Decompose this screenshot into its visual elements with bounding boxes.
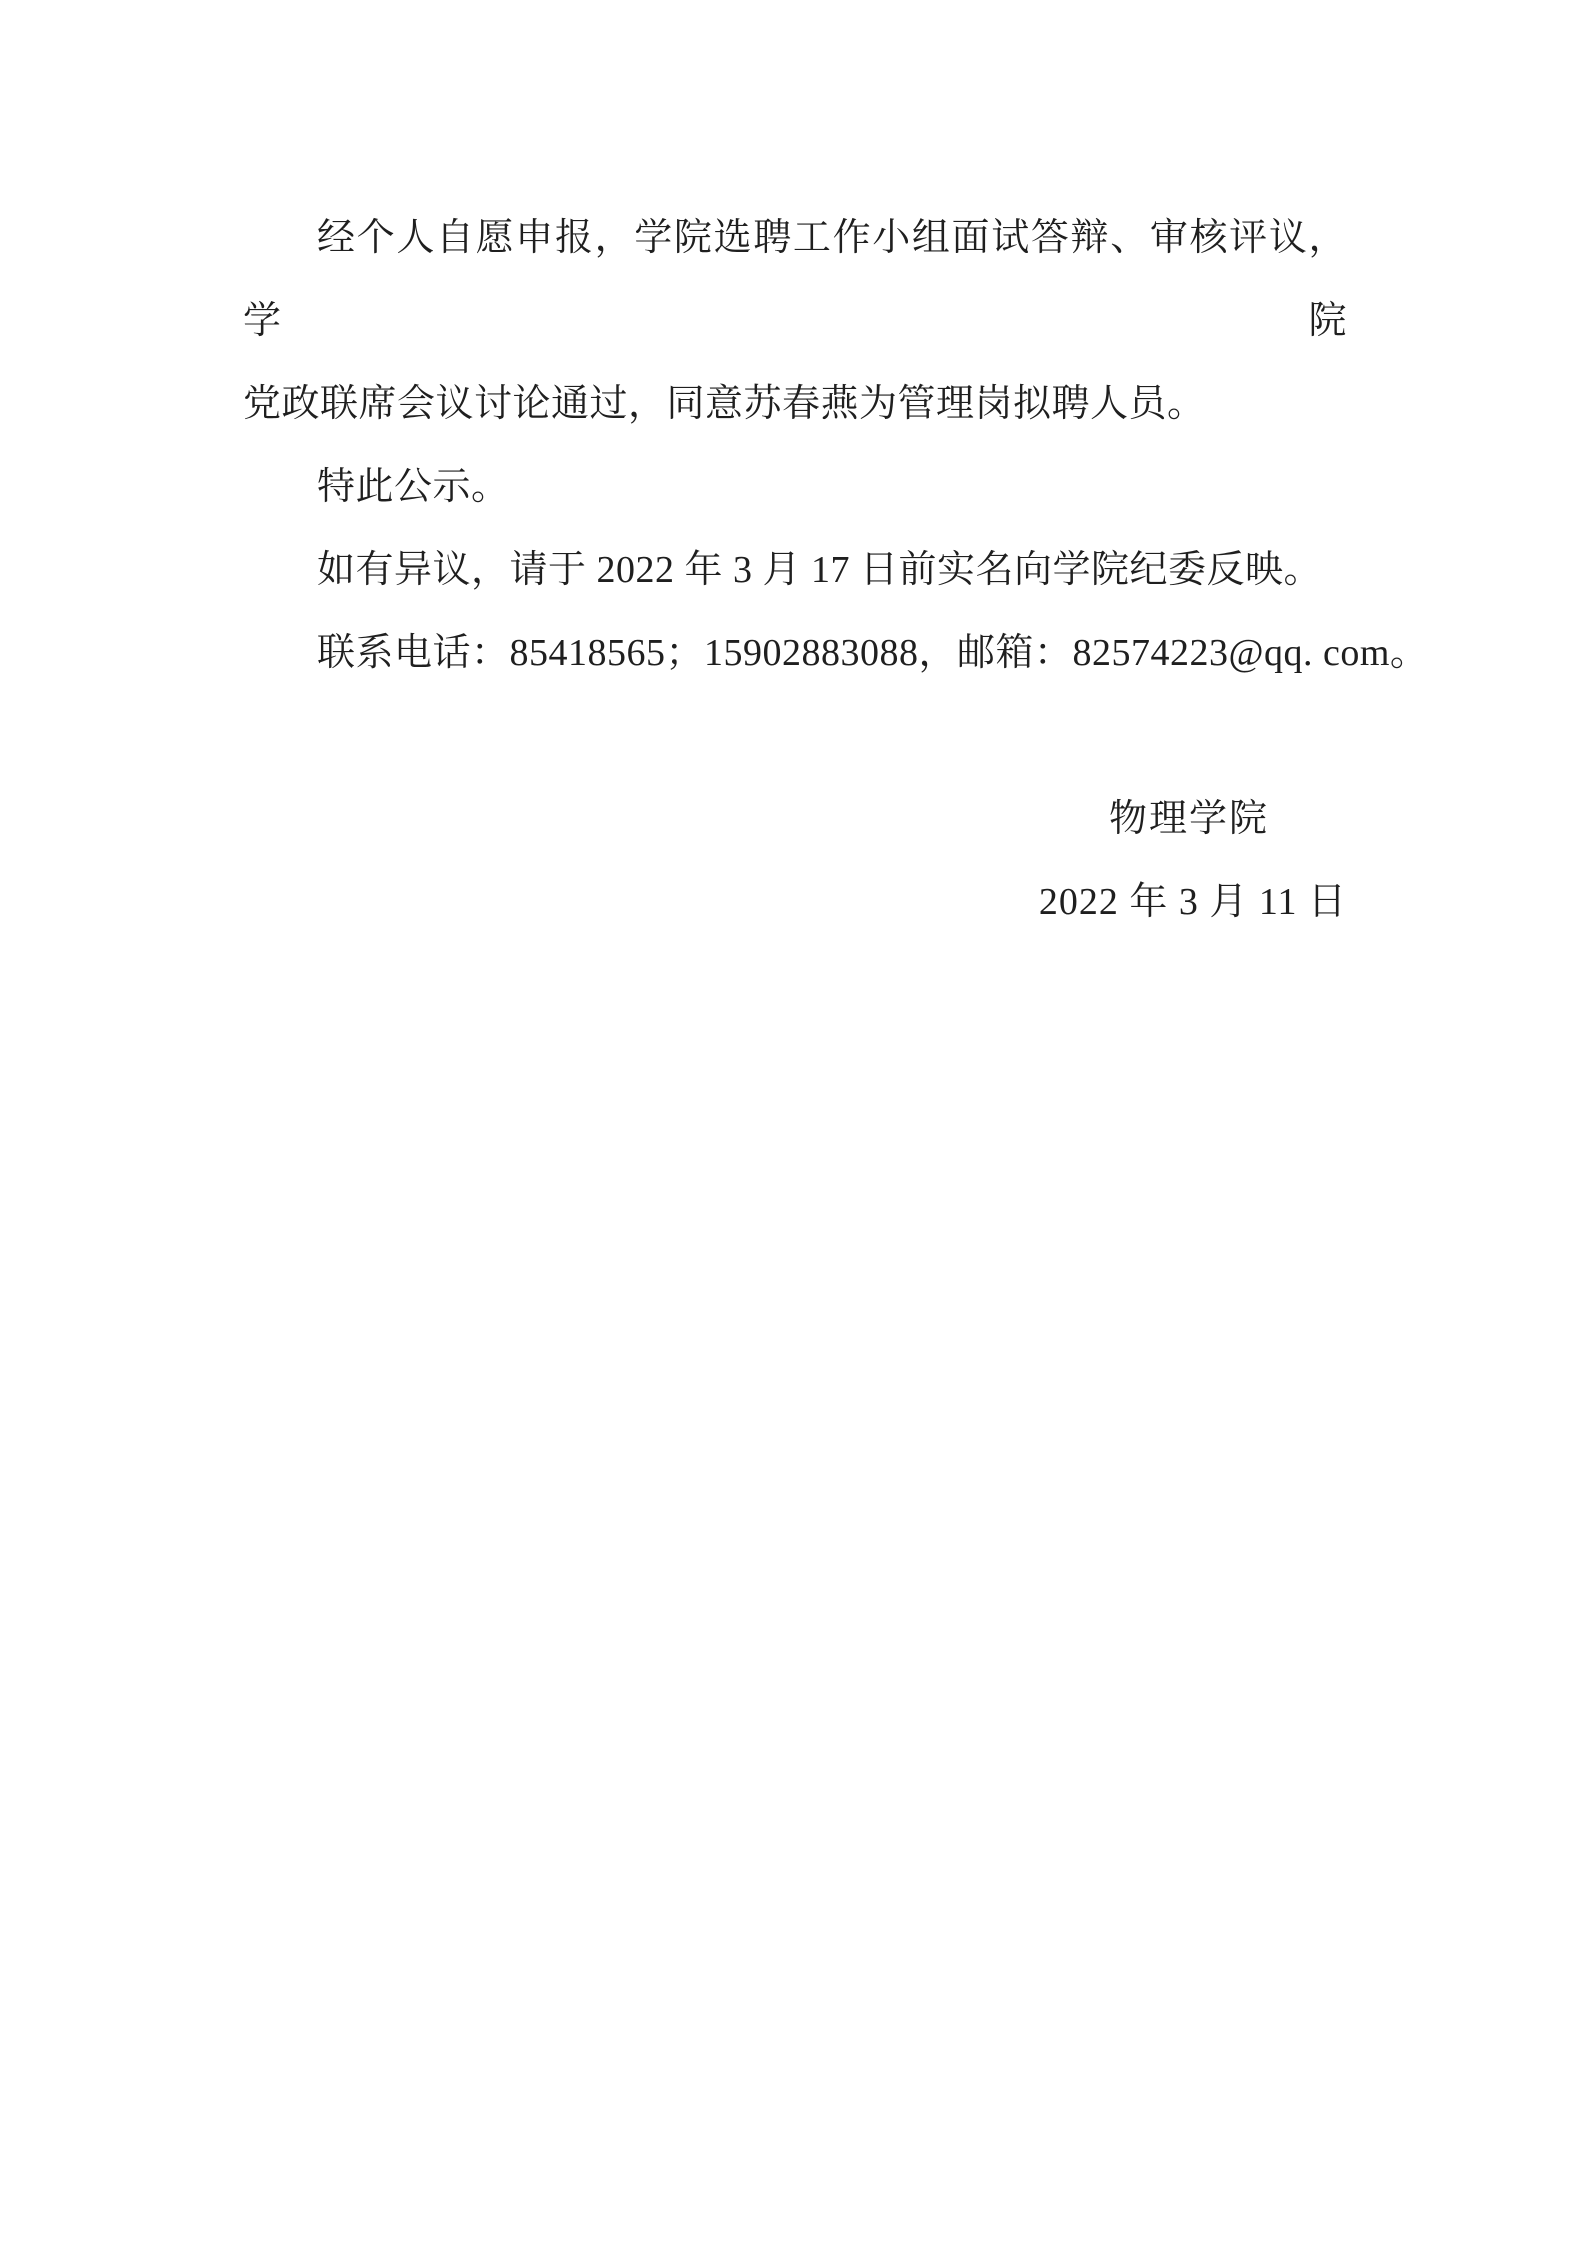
notice-paragraph-1-line-2: 党政联席会议讨论通过，同意苏春燕为管理岗拟聘人员。 — [243, 363, 1347, 446]
date-line: 2022 年 3 月 11 日 — [243, 861, 1347, 944]
notice-contact-line: 联系电话：85418565；15902883088，邮箱：82574223@qq… — [243, 612, 1347, 695]
document-page: 经个人自愿申报，学院选聘工作小组面试答辩、审核评议，学院 党政联席会议讨论通过，… — [0, 0, 1587, 2245]
notice-closing-line: 特此公示。 — [243, 446, 1347, 529]
notice-paragraph-1-line-1: 经个人自愿申报，学院选聘工作小组面试答辩、审核评议，学院 — [243, 197, 1347, 363]
notice-objection-line: 如有异议，请于 2022 年 3 月 17 日前实名向学院纪委反映。 — [243, 529, 1347, 612]
signature-line: 物理学院 — [243, 778, 1347, 861]
blank-line — [243, 695, 1347, 778]
